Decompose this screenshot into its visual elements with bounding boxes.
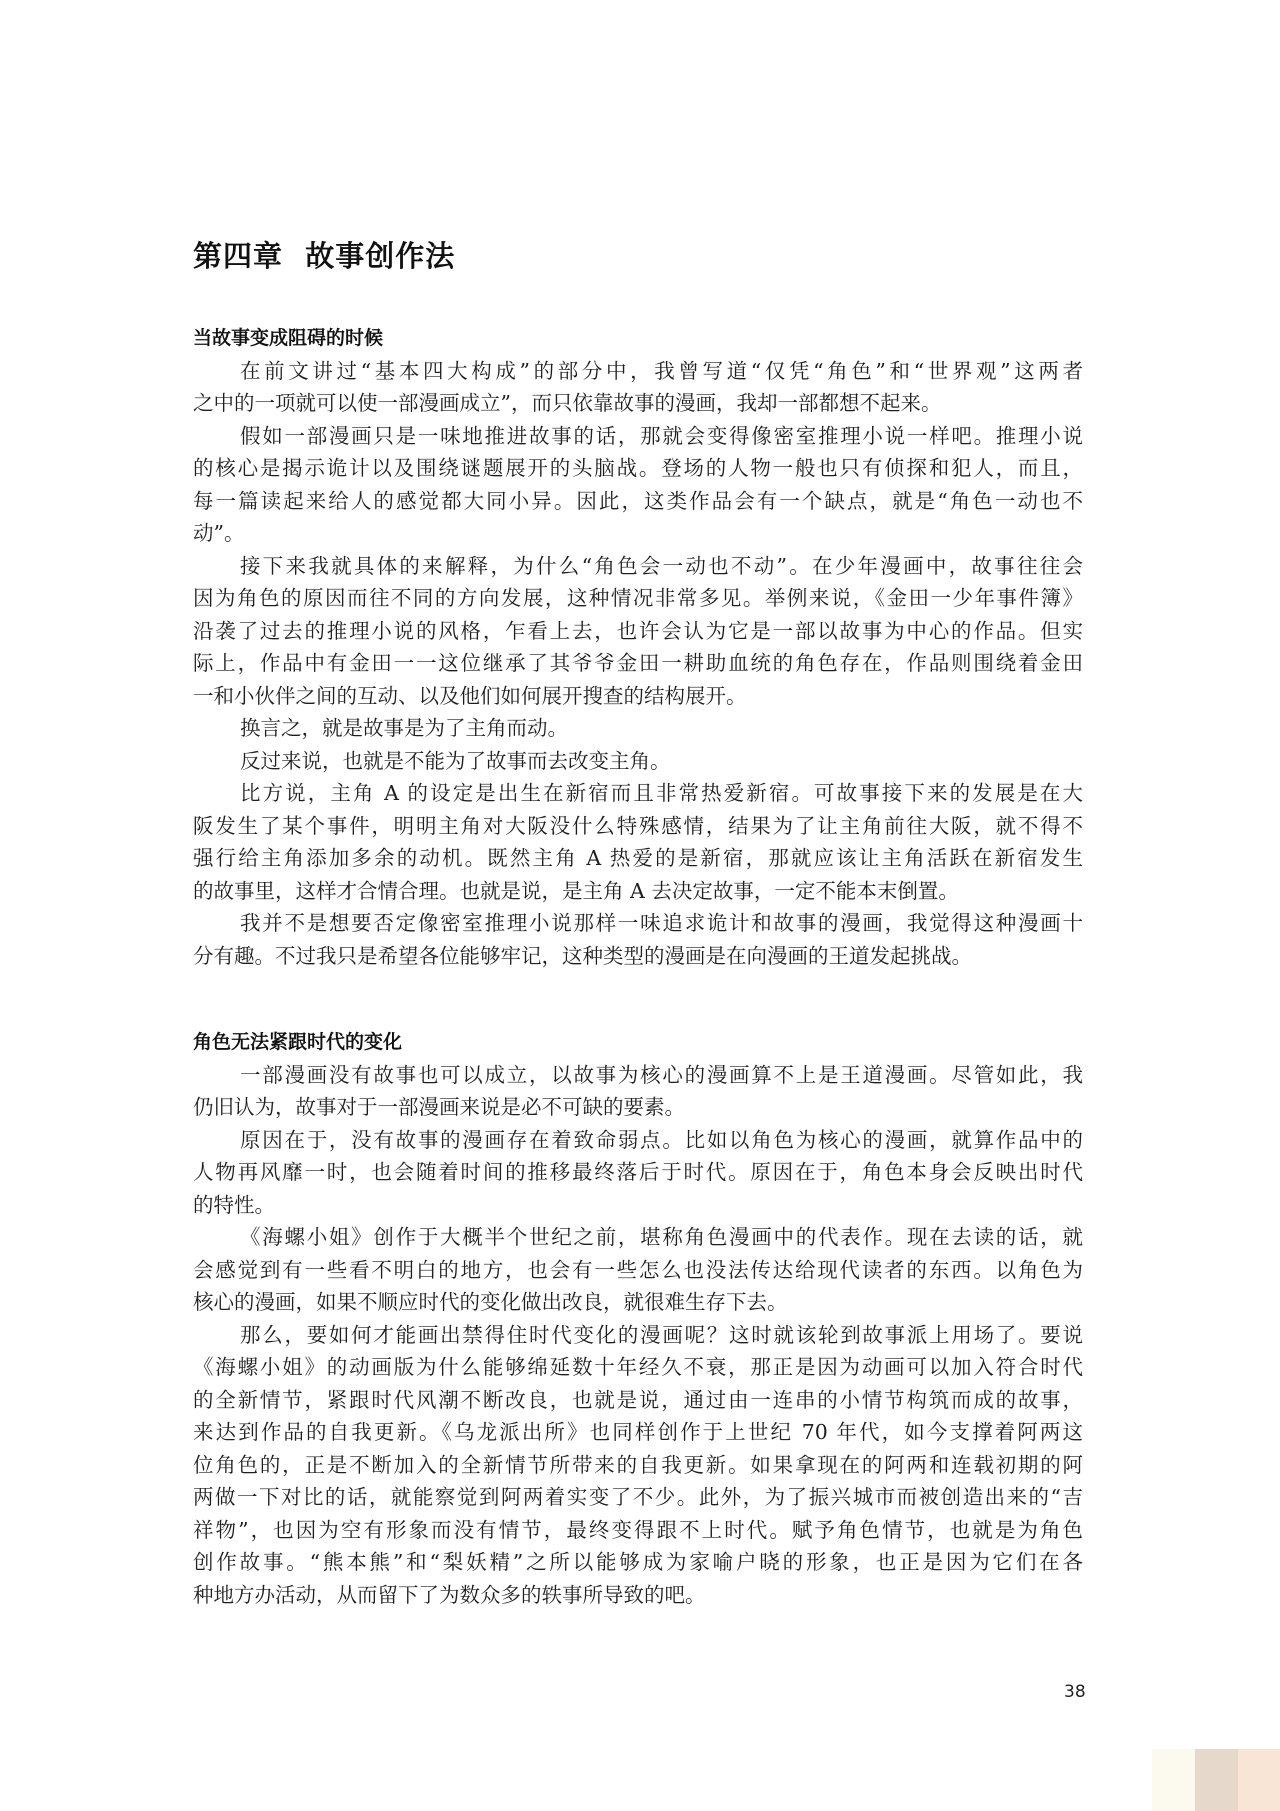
chapter-title: 第四章 故事创作法 bbox=[193, 236, 1083, 276]
section-body: 在前文讲过“基本四大构成”的部分中，我曾写道“仅凭“角色”和“世界观”这两者之中… bbox=[193, 355, 1083, 973]
text-line: 比方说，主角 A 的设定是出生在新宿而且非常热爱新宿。可故事接下来的发展是在大 bbox=[193, 777, 1083, 810]
text-line: 假如一部漫画只是一味地推进故事的话，那就会变得像密室推理小说一样吧。推理小说 bbox=[193, 420, 1083, 453]
text-line: 反过来说，也就是不能为了故事而去改变主角。 bbox=[193, 745, 1083, 778]
text-line: 在前文讲过“基本四大构成”的部分中，我曾写道“仅凭“角色”和“世界观”这两者 bbox=[193, 355, 1083, 388]
text-line: 每一篇读起来给人的感觉都大同小异。因此，这类作品会有一个缺点，就是“角色一动也不 bbox=[193, 485, 1083, 518]
text-line: 的核心是揭示诡计以及围绕谜题展开的头脑战。登场的人物一般也只有侦探和犯人，而且， bbox=[193, 452, 1083, 485]
text-line: 际上，作品中有金田一一这位继承了其爷爷金田一耕助血统的角色存在，作品则围绕着金田 bbox=[193, 647, 1083, 680]
color-swatch bbox=[1238, 1749, 1280, 1811]
section-character-era: 角色无法紧跟时代的变化 一部漫画没有故事也可以成立，以故事为核心的漫画算不上是王… bbox=[193, 1026, 1083, 1611]
text-line: 的故事里，这样才合情合理。也就是说，是主角 A 去决定故事，一定不能本末倒置。 bbox=[193, 875, 1083, 908]
text-line: 分有趣。不过我只是希望各位能够牢记，这种类型的漫画是在向漫画的王道发起挑战。 bbox=[193, 940, 1083, 973]
text-line: 的特性。 bbox=[193, 1189, 1083, 1222]
text-line: 种地方办活动，从而留下了为数众多的轶事所导致的吧。 bbox=[193, 1579, 1083, 1612]
section-body: 一部漫画没有故事也可以成立，以故事为核心的漫画算不上是王道漫画。尽管如此，我仍旧… bbox=[193, 1059, 1083, 1612]
text-line: 核心的漫画，如果不顺应时代的变化做出改良，就很难生存下去。 bbox=[193, 1286, 1083, 1319]
text-line: 祥物”，也因为空有形象而没有情节，最终变得跟不上时代。赋予角色情节，也就是为角色 bbox=[193, 1514, 1083, 1547]
text-line: 沿袭了过去的推理小说的风格，乍看上去，也许会认为它是一部以故事为中心的作品。但实 bbox=[193, 615, 1083, 648]
text-line: 一和小伙伴之间的互动、以及他们如何展开搜查的结构展开。 bbox=[193, 680, 1083, 713]
text-line: 之中的一项就可以使一部漫画成立”，而只依靠故事的漫画，我却一部都想不起来。 bbox=[193, 387, 1083, 420]
text-line: 来达到作品的自我更新。《乌龙派出所》也同样创作于上世纪 70 年代，如今支撑着阿… bbox=[193, 1416, 1083, 1449]
text-line: 原因在于，没有故事的漫画存在着致命弱点。比如以角色为核心的漫画，就算作品中的 bbox=[193, 1124, 1083, 1157]
text-line: 人物再风靡一时，也会随着时间的推移最终落后于时代。原因在于，角色本身会反映出时代 bbox=[193, 1156, 1083, 1189]
text-line: 《海螺小姐》创作于大概半个世纪之前，堪称角色漫画中的代表作。现在去读的话，就 bbox=[193, 1221, 1083, 1254]
text-line: 我并不是想要否定像密室推理小说那样一味追求诡计和故事的漫画，我觉得这种漫画十 bbox=[193, 907, 1083, 940]
text-line: 强行给主角添加多余的动机。既然主角 A 热爱的是新宿，那就应该让主角活跃在新宿发… bbox=[193, 842, 1083, 875]
section-heading: 当故事变成阻碍的时候 bbox=[193, 322, 1083, 355]
text-line: 创作故事。“熊本熊”和“梨妖精”之所以能够成为家喻户晓的形象，也正是因为它们在各 bbox=[193, 1546, 1083, 1579]
text-line: 接下来我就具体的来解释，为什么“角色会一动也不动”。在少年漫画中，故事往往会 bbox=[193, 550, 1083, 583]
text-line: 那么，要如何才能画出禁得住时代变化的漫画呢？这时就该轮到故事派上用场了。要说 bbox=[193, 1319, 1083, 1352]
color-swatch bbox=[1195, 1749, 1238, 1811]
text-line: 阪发生了某个事件，明明主角对大阪没什么特殊感情，结果为了让主角前往大阪，就不得不 bbox=[193, 810, 1083, 843]
text-line: 的全新情节，紧跟时代风潮不断改良，也就是说，通过由一连串的小情节构筑而成的故事， bbox=[193, 1384, 1083, 1417]
page-number: 38 bbox=[1064, 1682, 1086, 1702]
section-story-obstacle: 当故事变成阻碍的时候 在前文讲过“基本四大构成”的部分中，我曾写道“仅凭“角色”… bbox=[193, 322, 1083, 972]
text-line: 位角色的，正是不断加入的全新情节所带来的自我更新。如果拿现在的阿两和连载初期的阿 bbox=[193, 1449, 1083, 1482]
text-line: 因为角色的原因而往不同的方向发展，这种情况非常多见。举例来说，《金田一少年事件簿… bbox=[193, 582, 1083, 615]
text-line: 动”。 bbox=[193, 517, 1083, 550]
text-line: 一部漫画没有故事也可以成立，以故事为核心的漫画算不上是王道漫画。尽管如此，我 bbox=[193, 1059, 1083, 1092]
color-swatch-strip bbox=[1152, 1749, 1280, 1811]
document-page: 第四章 故事创作法 当故事变成阻碍的时候 在前文讲过“基本四大构成”的部分中，我… bbox=[0, 0, 1280, 1811]
text-line: 《海螺小姐》的动画版为什么能够绵延数十年经久不衰，那正是因为动画可以加入符合时代 bbox=[193, 1351, 1083, 1384]
text-line: 仍旧认为，故事对于一部漫画来说是必不可缺的要素。 bbox=[193, 1091, 1083, 1124]
text-line: 会感觉到有一些看不明白的地方，也会有一些怎么也没法传达给现代读者的东西。以角色为 bbox=[193, 1254, 1083, 1287]
text-line: 换言之，就是故事是为了主角而动。 bbox=[193, 712, 1083, 745]
section-heading: 角色无法紧跟时代的变化 bbox=[193, 1026, 1083, 1059]
color-swatch bbox=[1152, 1749, 1195, 1811]
text-line: 两做一下对比的话，就能察觉到阿两着实变了不少。此外，为了振兴城市而被创造出来的“… bbox=[193, 1481, 1083, 1514]
